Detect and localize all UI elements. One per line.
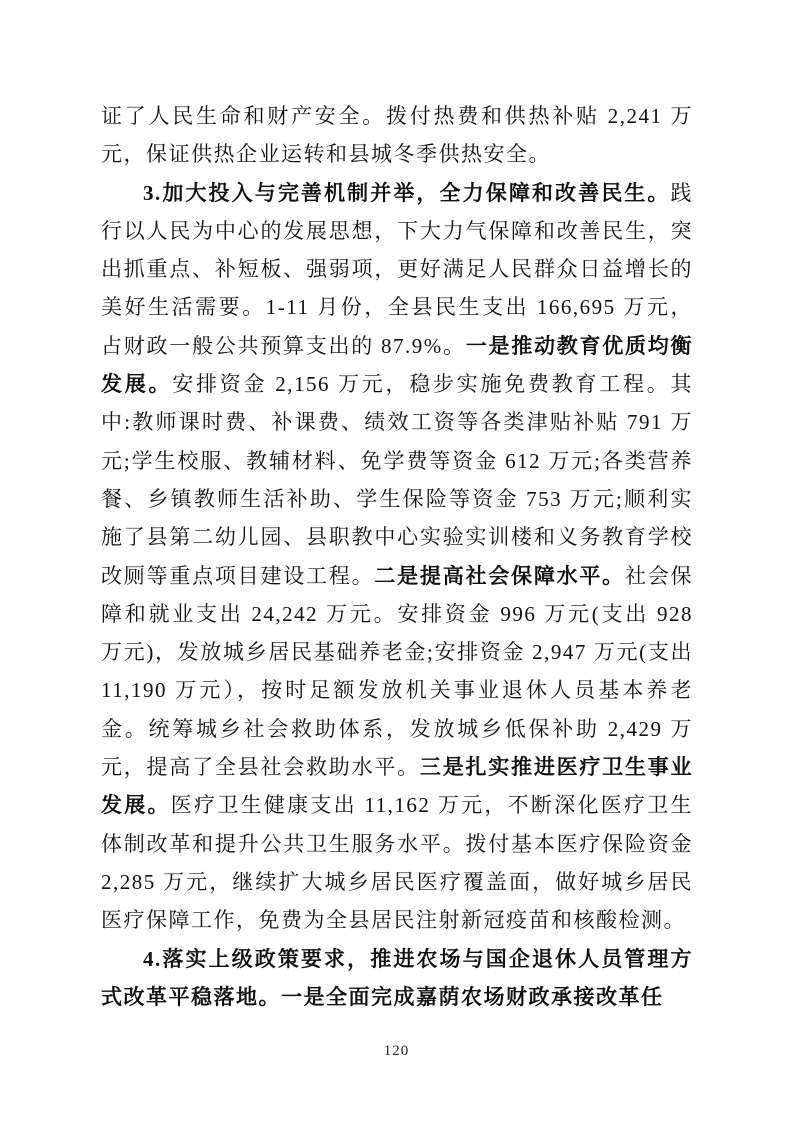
paragraph: 3.加大投入与完善机制并举，全力保障和改善民生。践行以人民为中心的发展思想，下大… [101,174,693,940]
document-body: 证了人民生命和财产安全。拨付热费和供热补贴 2,241 万元，保证供热企业运转和… [101,97,693,1016]
text-run: 证了人民生命和财产安全。拨付热费和供热补贴 2,241 万元，保证供热企业运转和… [101,104,693,166]
document-page: 证了人民生命和财产安全。拨付热费和供热补贴 2,241 万元，保证供热企业运转和… [0,0,793,1122]
paragraph: 证了人民生命和财产安全。拨付热费和供热补贴 2,241 万元，保证供热企业运转和… [101,97,693,174]
bold-text-run: 3.加大投入与完善机制并举，全力保障和改善民生。 [143,181,671,205]
text-run: 社会保障和就业支出 24,242 万元。安排资金 996 万元(支出 928 万… [101,564,693,779]
text-run: 医疗卫生健康支出 11,162 万元，不断深化医疗卫生体制改革和提升公共卫生服务… [101,793,693,932]
bold-text-run: 二是提高社会保障水平。 [374,564,625,588]
text-run: 安排资金 2,156 万元，稳步实施免费教育工程。其中:教师课时费、补课费、绩效… [101,372,693,587]
bold-text-run: 一是全面完成嘉荫农场财政承接改革任 [281,985,664,1009]
page-number: 120 [0,1043,793,1060]
paragraph: 4.落实上级政策要求，推进农场与国企退休人员管理方式改革平稳落地。一是全面完成嘉… [101,940,693,1017]
text-run: 践行以人民为中心的发展思想，下大力气保障和改善民生，突出抓重点、补短板、强弱项，… [101,181,693,358]
